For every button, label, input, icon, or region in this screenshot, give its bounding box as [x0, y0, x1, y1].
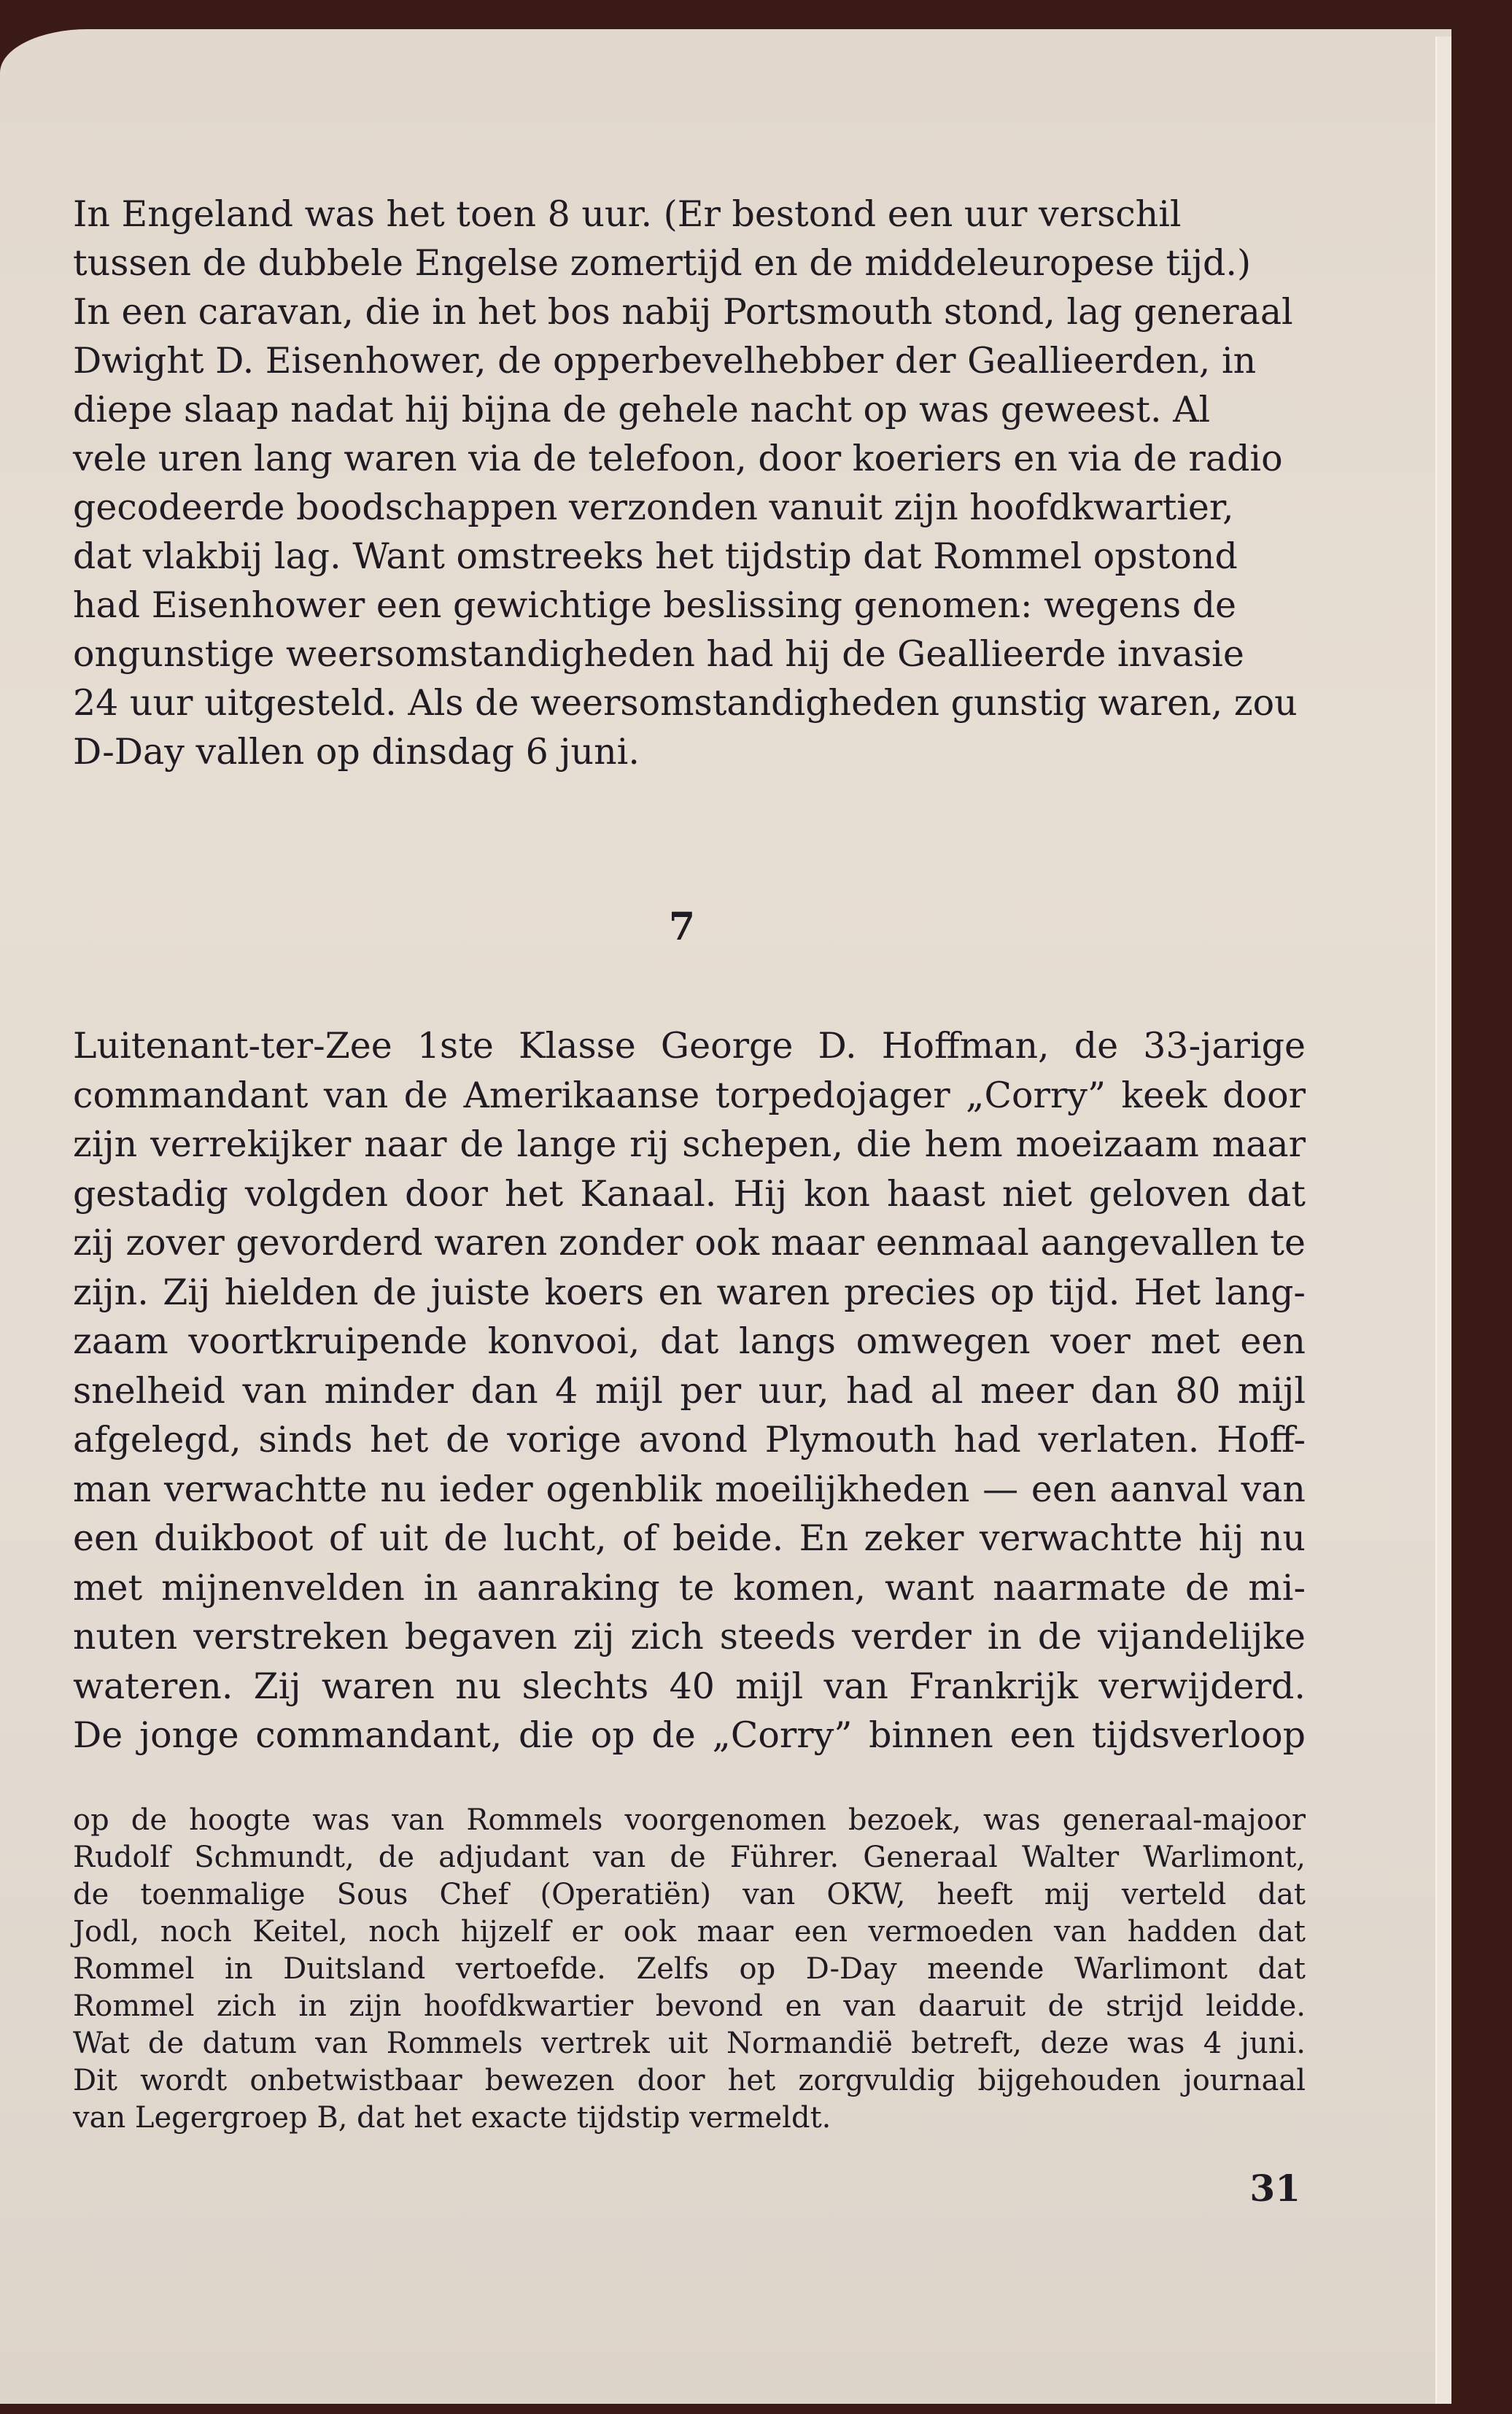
- text-line: met mijnenvelden in aanraking te komen, …: [73, 1563, 1306, 1613]
- text-line: man verwachtte nu ieder ogenblik moeilij…: [73, 1465, 1306, 1514]
- text-line: had Eisenhower een gewichtige beslissing…: [73, 581, 1306, 630]
- text-line: zijn. Zij hielden de juiste koers en war…: [73, 1268, 1306, 1318]
- paragraph-2: Luitenant-ter-Zee 1ste Klasse George D. …: [73, 1021, 1306, 1760]
- footnote-line: Dit wordt onbetwistbaar bewezen door het…: [73, 2062, 1306, 2100]
- text-line: zaam voortkruipende konvooi, dat langs o…: [73, 1317, 1306, 1366]
- text-line: gestadig volgden door het Kanaal. Hij ko…: [73, 1169, 1306, 1219]
- text-line: zij zover gevorderd waren zonder ook maa…: [73, 1218, 1306, 1268]
- text-line: Luitenant-ter-Zee 1ste Klasse George D. …: [73, 1021, 1306, 1071]
- footnote-line: Rommel in Duitsland vertoefde. Zelfs op …: [73, 1951, 1306, 1988]
- footnote-line: Jodl, noch Keitel, noch hijzelf er ook m…: [73, 1914, 1306, 1951]
- text-line: afgelegd, sinds het de vorige avond Plym…: [73, 1415, 1306, 1465]
- footnote-line: de toenmalige Sous Chef (Operatiën) van …: [73, 1876, 1306, 1914]
- text-line: tussen de dubbele Engelse zomertijd en d…: [73, 239, 1306, 287]
- text-line: De jonge commandant, die op de „Corry” b…: [73, 1711, 1306, 1760]
- text-line: ongunstige weersomstandigheden had hij d…: [73, 630, 1306, 678]
- page-number: 31: [1249, 2167, 1300, 2210]
- text-line: In Engeland was het toen 8 uur. (Er best…: [73, 190, 1306, 239]
- text-line: nuten verstreken begaven zij zich steeds…: [73, 1612, 1306, 1662]
- footnote-line: Rommel zich in zijn hoofdkwartier bevond…: [73, 1988, 1306, 2025]
- text-line: zijn verrekijker naar de lange rij schep…: [73, 1120, 1306, 1169]
- text-line: dat vlakbij lag. Want omstreeks het tijd…: [73, 532, 1306, 581]
- text-line: In een caravan, die in het bos nabij Por…: [73, 287, 1306, 336]
- footnote-line: van Legergroep B, dat het exacte tijdsti…: [73, 2100, 1306, 2137]
- footnote: op de hoogte was van Rommels voorgenomen…: [73, 1802, 1306, 2137]
- text-line: vele uren lang waren via de telefoon, do…: [73, 434, 1306, 483]
- footnote-line: Wat de datum van Rommels vertrek uit Nor…: [73, 2025, 1306, 2062]
- text-line: diepe slaap nadat hij bijna de gehele na…: [73, 385, 1306, 434]
- chapter-number: 7: [0, 905, 1364, 949]
- text-line: Dwight D. Eisenhower, de opperbevelhebbe…: [73, 336, 1306, 385]
- text-line: 24 uur uitgesteld. Als de weersomstandig…: [73, 678, 1306, 727]
- footnote-line: op de hoogte was van Rommels voorgenomen…: [73, 1802, 1306, 1839]
- text-line: gecodeerde boodschappen verzonden vanuit…: [73, 483, 1306, 532]
- paragraph-1: In Engeland was het toen 8 uur. (Er best…: [73, 190, 1306, 776]
- footnote-line: Rudolf Schmundt, de adjudant van de Führ…: [73, 1839, 1306, 1876]
- page-edge: [1435, 36, 1451, 2404]
- text-line: een duikboot of uit de lucht, of beide. …: [73, 1514, 1306, 1563]
- text-line: wateren. Zij waren nu slechts 40 mijl va…: [73, 1662, 1306, 1711]
- text-line: commandant van de Amerikaanse torpedojag…: [73, 1071, 1306, 1121]
- text-line: snelheid van minder dan 4 mijl per uur, …: [73, 1366, 1306, 1416]
- text-line: D-Day vallen op dinsdag 6 juni.: [73, 727, 1306, 776]
